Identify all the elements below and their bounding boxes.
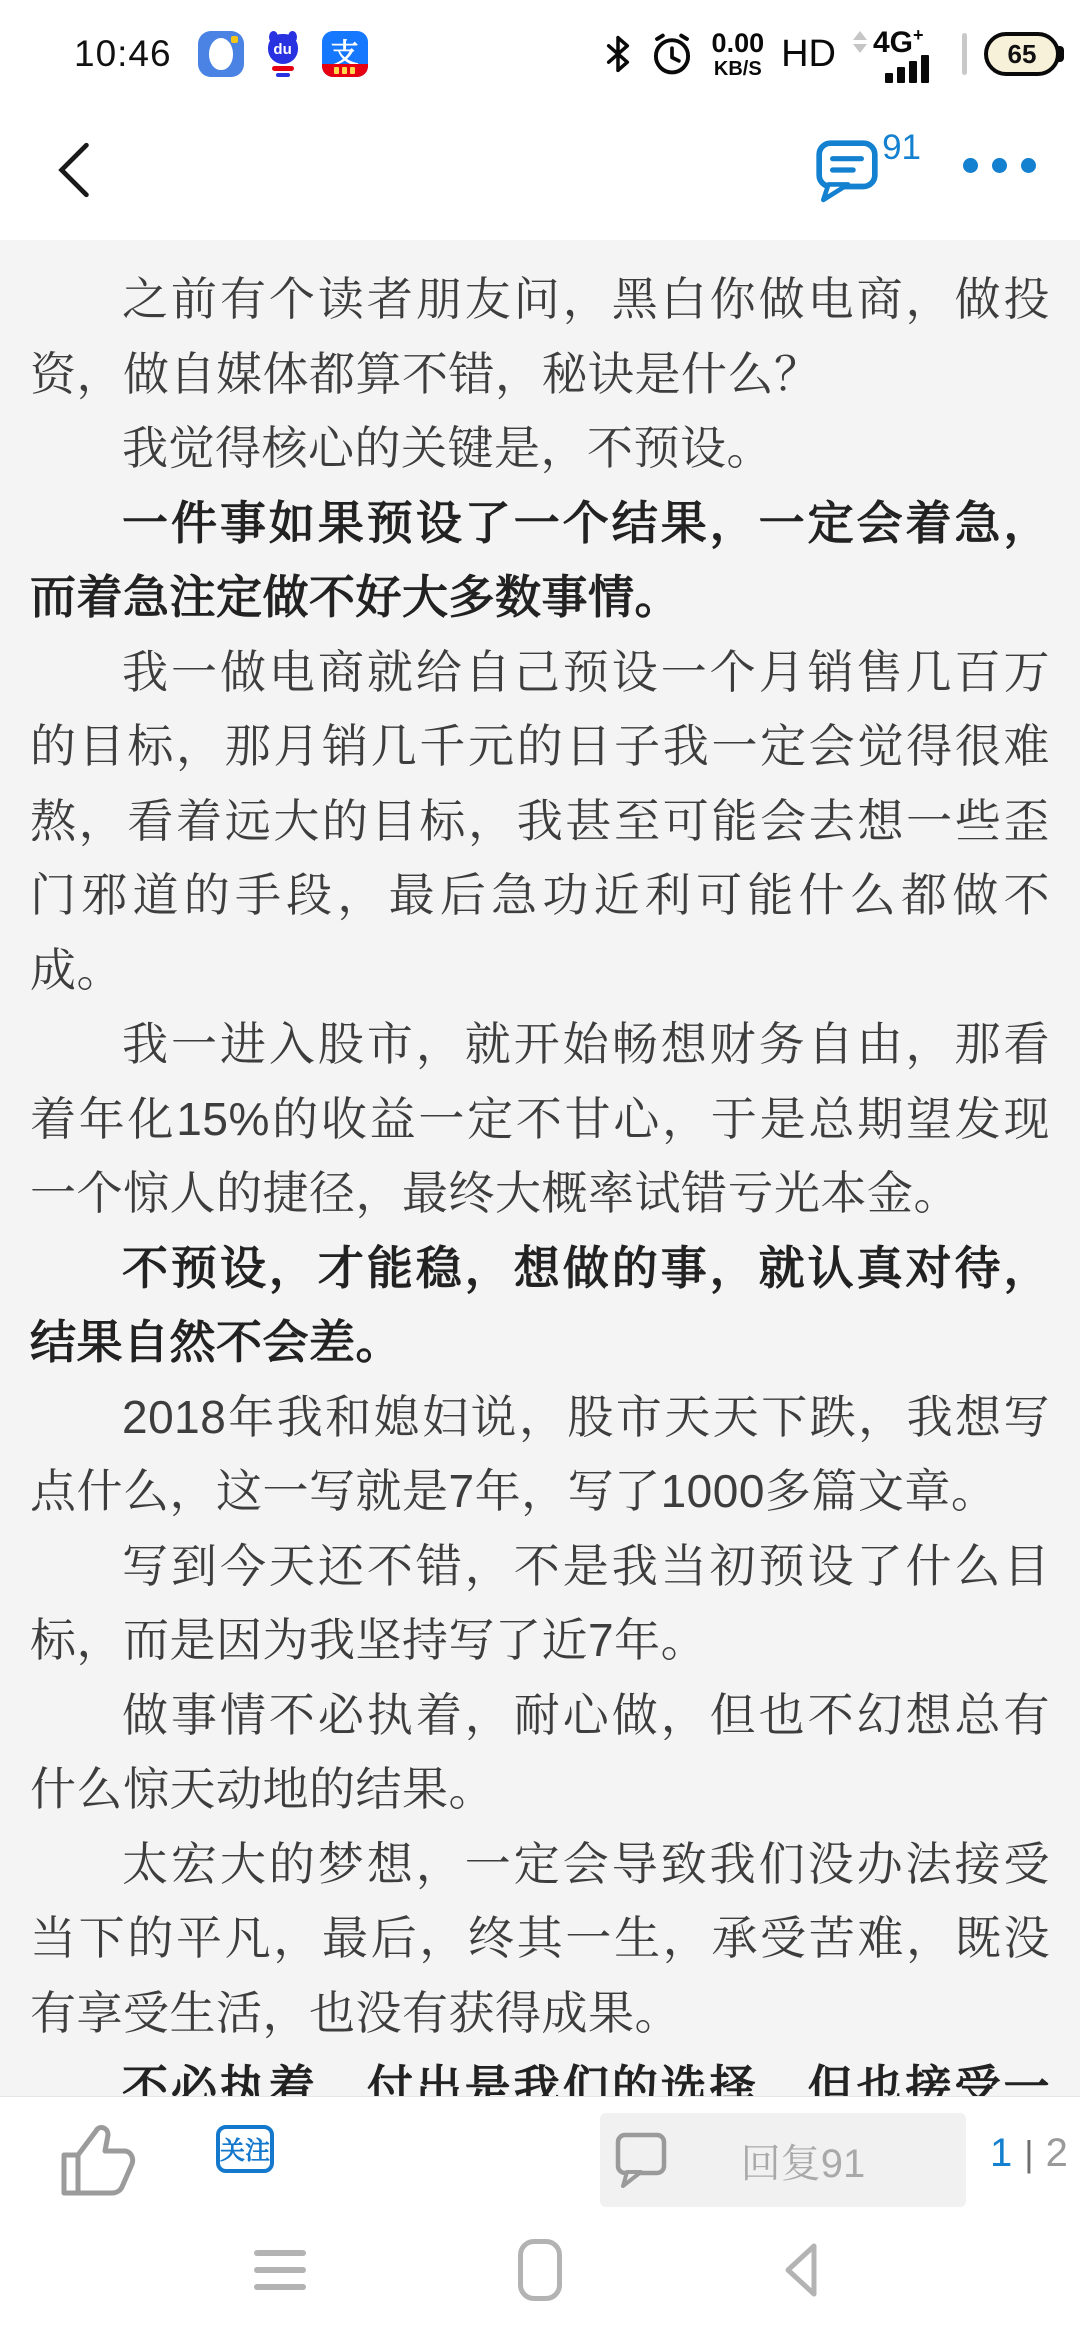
- clock-time: 10:46: [74, 33, 172, 75]
- comment-count: 91: [882, 128, 921, 168]
- reply-bubble-icon: [614, 2131, 670, 2189]
- paragraph: 写到今天还不错，不是我当初预设了什么目标，而是因为我坚持写了近7年。: [30, 1529, 1050, 1678]
- paragraph: 2018年我和媳妇说，股市天天下跌，我想写点什么，这一写就是7年，写了1000多…: [30, 1380, 1050, 1529]
- volte-hd-indicator: HD: [781, 33, 836, 76]
- status-divider: [962, 33, 967, 75]
- follow-button[interactable]: 关注: [216, 2125, 274, 2173]
- header-bar: 91: [0, 100, 1080, 240]
- comment-bubble-icon: [814, 136, 880, 204]
- paragraph: 做事情不必执着，耐心做，但也不幻想总有什么惊天动地的结果。: [30, 1678, 1050, 1827]
- status-bar: 10:46 du 支 0.00 KB/S HD 4G+: [0, 0, 1080, 100]
- bottom-toolbar: 关注 回复91 1 | 2: [0, 2096, 1080, 2340]
- bluetooth-icon: [604, 34, 632, 74]
- paragraph: 我一进入股市，就开始畅想财务自由，那看着年化15%的收益一定不甘心，于是总期望发…: [30, 1007, 1050, 1231]
- alipay-app-icon: 支: [322, 31, 368, 77]
- paragraph-emphasis: 不必执着，付出是我们的选择，但也接受一切结果。: [30, 2050, 1050, 2096]
- android-navigation-bar: [0, 2220, 1080, 2320]
- status-indicators: 0.00 KB/S HD 4G+ 65: [604, 25, 1060, 83]
- home-button[interactable]: [518, 2239, 562, 2301]
- battery-indicator: 65: [984, 32, 1060, 76]
- reply-placeholder: 回复91: [741, 2132, 866, 2189]
- back-nav-button[interactable]: [780, 2240, 820, 2300]
- recents-menu-button[interactable]: [254, 2250, 306, 2290]
- article-text: 之前有个读者朋友问，黑白你做电商，做投资，做自媒体都算不错，秘诀是什么？ 我觉得…: [0, 240, 1080, 2096]
- like-button[interactable]: [52, 2121, 136, 2201]
- page-indicator[interactable]: 1 | 2: [990, 2131, 1068, 2176]
- total-pages: 2: [1046, 2131, 1068, 2176]
- paragraph: 我一做电商就给自己预设一个月销售几百万的目标，那月销几千元的日子我一定会觉得很难…: [30, 635, 1050, 1008]
- notification-app-icons: du 支: [198, 31, 368, 77]
- paragraph: 之前有个读者朋友问，黑白你做电商，做投资，做自媒体都算不错，秘诀是什么？: [30, 262, 1050, 411]
- more-options-button[interactable]: [963, 158, 1036, 173]
- back-button[interactable]: [52, 139, 96, 201]
- paragraph: 太宏大的梦想，一定会导致我们没办法接受当下的平凡，最后，终其一生，承受苦难，既没…: [30, 1827, 1050, 2051]
- alarm-clock-icon: [649, 31, 695, 77]
- paragraph-emphasis: 一件事如果预设了一个结果，一定会着急，而着急注定做不好大多数事情。: [30, 486, 1050, 635]
- paragraph: 我觉得核心的关键是，不预设。: [30, 411, 1050, 486]
- page-separator: |: [1024, 2133, 1033, 2175]
- signal-bars-icon: [885, 55, 929, 83]
- data-updown-arrows-icon: [853, 31, 867, 53]
- reply-input[interactable]: 回复91: [600, 2113, 966, 2207]
- cellular-signal-icon: 4G+: [853, 25, 945, 83]
- network-speed: 0.00 KB/S: [712, 30, 765, 79]
- current-page: 1: [990, 2131, 1012, 2176]
- baidu-app-icon: du: [260, 31, 306, 77]
- paragraph-emphasis: 不预设，才能稳，想做的事，就认真对待，结果自然不会差。: [30, 1231, 1050, 1380]
- qq-app-icon: [198, 31, 244, 77]
- comments-button[interactable]: 91: [814, 136, 921, 204]
